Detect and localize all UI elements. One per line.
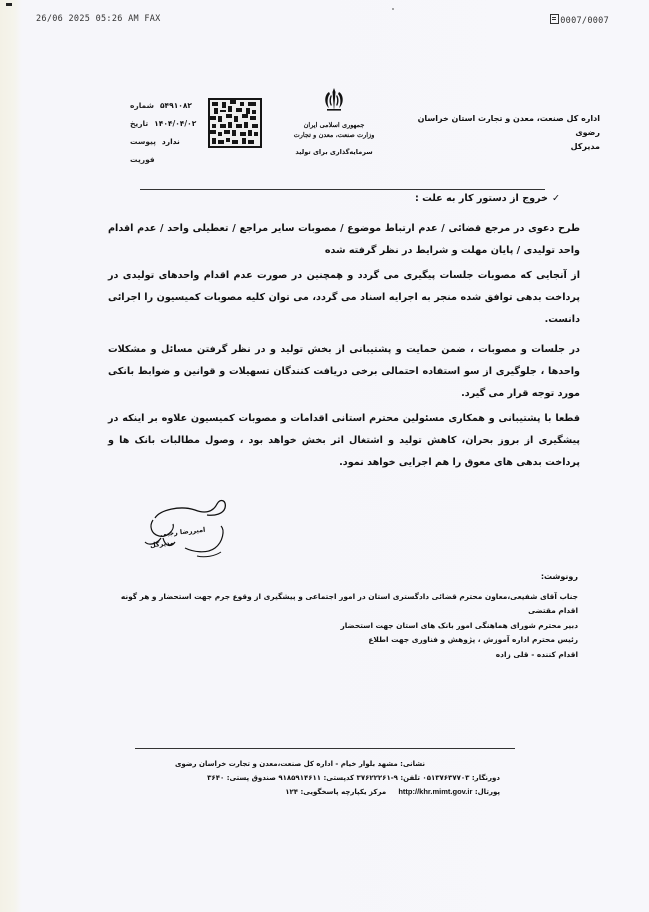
- letter-number-value: ۵۴۹۱۰۸۲: [160, 97, 192, 115]
- cc-item-4: اقدام کننده - قلی زاده: [108, 648, 578, 663]
- letter-number-row: شماره ۵۴۹۱۰۸۲: [130, 97, 210, 115]
- fax-page-icon: [550, 14, 559, 24]
- iran-emblem-icon: [320, 86, 348, 114]
- ministry-slogan: سرمایه‌گذاری برای تولید: [292, 148, 376, 156]
- phone-value: ۹-۳۷۶۲۲۲۶۱: [357, 774, 398, 782]
- scan-edge-mark: [6, 3, 12, 6]
- postcode-value: ۹۱۸۵۹۱۴۶۱۱: [278, 774, 321, 782]
- agenda-removal-heading: ✓خروج از دستور کار به علت :: [300, 193, 560, 204]
- footer-contacts: دورنگار: ۰۵۱۳۷۶۳۷۷۰۳ تلفن: ۹-۳۷۶۲۲۲۶۱ کد…: [150, 771, 500, 785]
- cc-title: رونوشت:: [108, 570, 578, 585]
- fax-value: ۰۵۱۳۷۶۳۷۷۰۳: [422, 774, 469, 782]
- body-paragraph-2: از آنجایی که مصوبات جلسات پیگیری می گردد…: [108, 265, 580, 331]
- phone-label: تلفن:: [400, 774, 420, 782]
- callcenter-label: مرکز یکپارچه پاسخگویی:: [301, 788, 387, 796]
- fax-page-counter: 0007/0007: [550, 14, 609, 26]
- ministry-emblem-block: جمهوری اسلامی ایران وزارت صنعت، معدن و ت…: [292, 86, 376, 156]
- sender-position: مدیرکل: [400, 140, 600, 154]
- body-paragraph-1: طرح دعوی در مرجع قضائی / عدم ارتباط موضو…: [108, 218, 580, 262]
- attachment-value: ندارد: [162, 133, 180, 151]
- cc-item-2: دبیر محترم شورای هماهنگی امور بانک های ا…: [108, 619, 578, 634]
- scan-speck: [338, 278, 340, 280]
- handwritten-signature-icon: [135, 490, 240, 560]
- pobox-value: ۳۶۴۰: [207, 774, 224, 782]
- fax-header: 26/06 2025 05:26 AM FAX 0007/0007: [36, 14, 609, 28]
- postcode-label: کدپستی:: [324, 774, 355, 782]
- page-counter-text: 0007/0007: [560, 16, 609, 26]
- header-divider: [140, 189, 545, 190]
- organization-heading: اداره کل صنعت، معدن و تجارت استان خراسان…: [400, 112, 600, 154]
- letter-date-value: ۱۴۰۴/۰۴/۰۲: [154, 115, 196, 133]
- footer-portal: پورتال: http://khr.mimt.gov.ir مرکز یکپا…: [150, 785, 500, 799]
- emblem-line-2: وزارت صنعت، معدن و تجارت: [292, 130, 376, 140]
- body-paragraph-3: در جلسات و مصوبات ، ضمن حمایت و پشتیبانی…: [108, 339, 580, 405]
- footer-divider: [135, 748, 515, 749]
- organization-name: اداره کل صنعت، معدن و تجارت استان خراسان…: [400, 112, 600, 140]
- callcenter-value: ۱۲۴: [285, 788, 298, 796]
- fax-document-page: 26/06 2025 05:26 AM FAX 0007/0007 اداره …: [0, 0, 649, 912]
- footer-address: نشانی: مشهد بلوار خیام - اداره کل صنعت،م…: [150, 757, 450, 771]
- letter-date-row: تاریخ ۱۴۰۴/۰۴/۰۲: [130, 115, 210, 133]
- attachment-label: پیوست: [130, 133, 156, 151]
- qr-code-icon: [208, 98, 262, 148]
- fax-timestamp: 26/06 2025 05:26 AM FAX: [36, 14, 161, 24]
- body-paragraph-4: قطعا با پشتیبانی و همکاری مسئولین محترم …: [108, 408, 580, 474]
- scan-speck: [392, 8, 394, 10]
- carbon-copy-block: رونوشت: جناب آقای شفیعی،معاون محترم قضائ…: [108, 570, 578, 662]
- pobox-label: صندوق پستی:: [227, 774, 276, 782]
- urgency-row: فوریت: [130, 151, 210, 169]
- attachment-row: پیوست ندارد: [130, 133, 210, 151]
- letter-number-label: شماره: [130, 97, 154, 115]
- emblem-line-1: جمهوری اسلامی ایران: [292, 120, 376, 130]
- urgency-label: فوریت: [130, 151, 155, 169]
- letter-meta: شماره ۵۴۹۱۰۸۲ تاریخ ۱۴۰۴/۰۴/۰۲ پیوست ندا…: [130, 97, 210, 169]
- checkmark-icon: ✓: [552, 193, 560, 204]
- agenda-removal-text: خروج از دستور کار به علت :: [415, 193, 548, 204]
- cc-item-1: جناب آقای شفیعی،معاون محترم قضائی دادگست…: [108, 590, 578, 619]
- portal-label: پورتال:: [475, 788, 500, 796]
- fax-label: دورنگار:: [472, 774, 500, 782]
- letter-date-label: تاریخ: [130, 115, 148, 133]
- cc-item-3: رئیس محترم اداره آموزش ، پژوهش و فناوری …: [108, 633, 578, 648]
- portal-link[interactable]: http://khr.mimt.gov.ir: [398, 787, 472, 796]
- letter-footer: نشانی: مشهد بلوار خیام - اداره کل صنعت،م…: [150, 757, 500, 799]
